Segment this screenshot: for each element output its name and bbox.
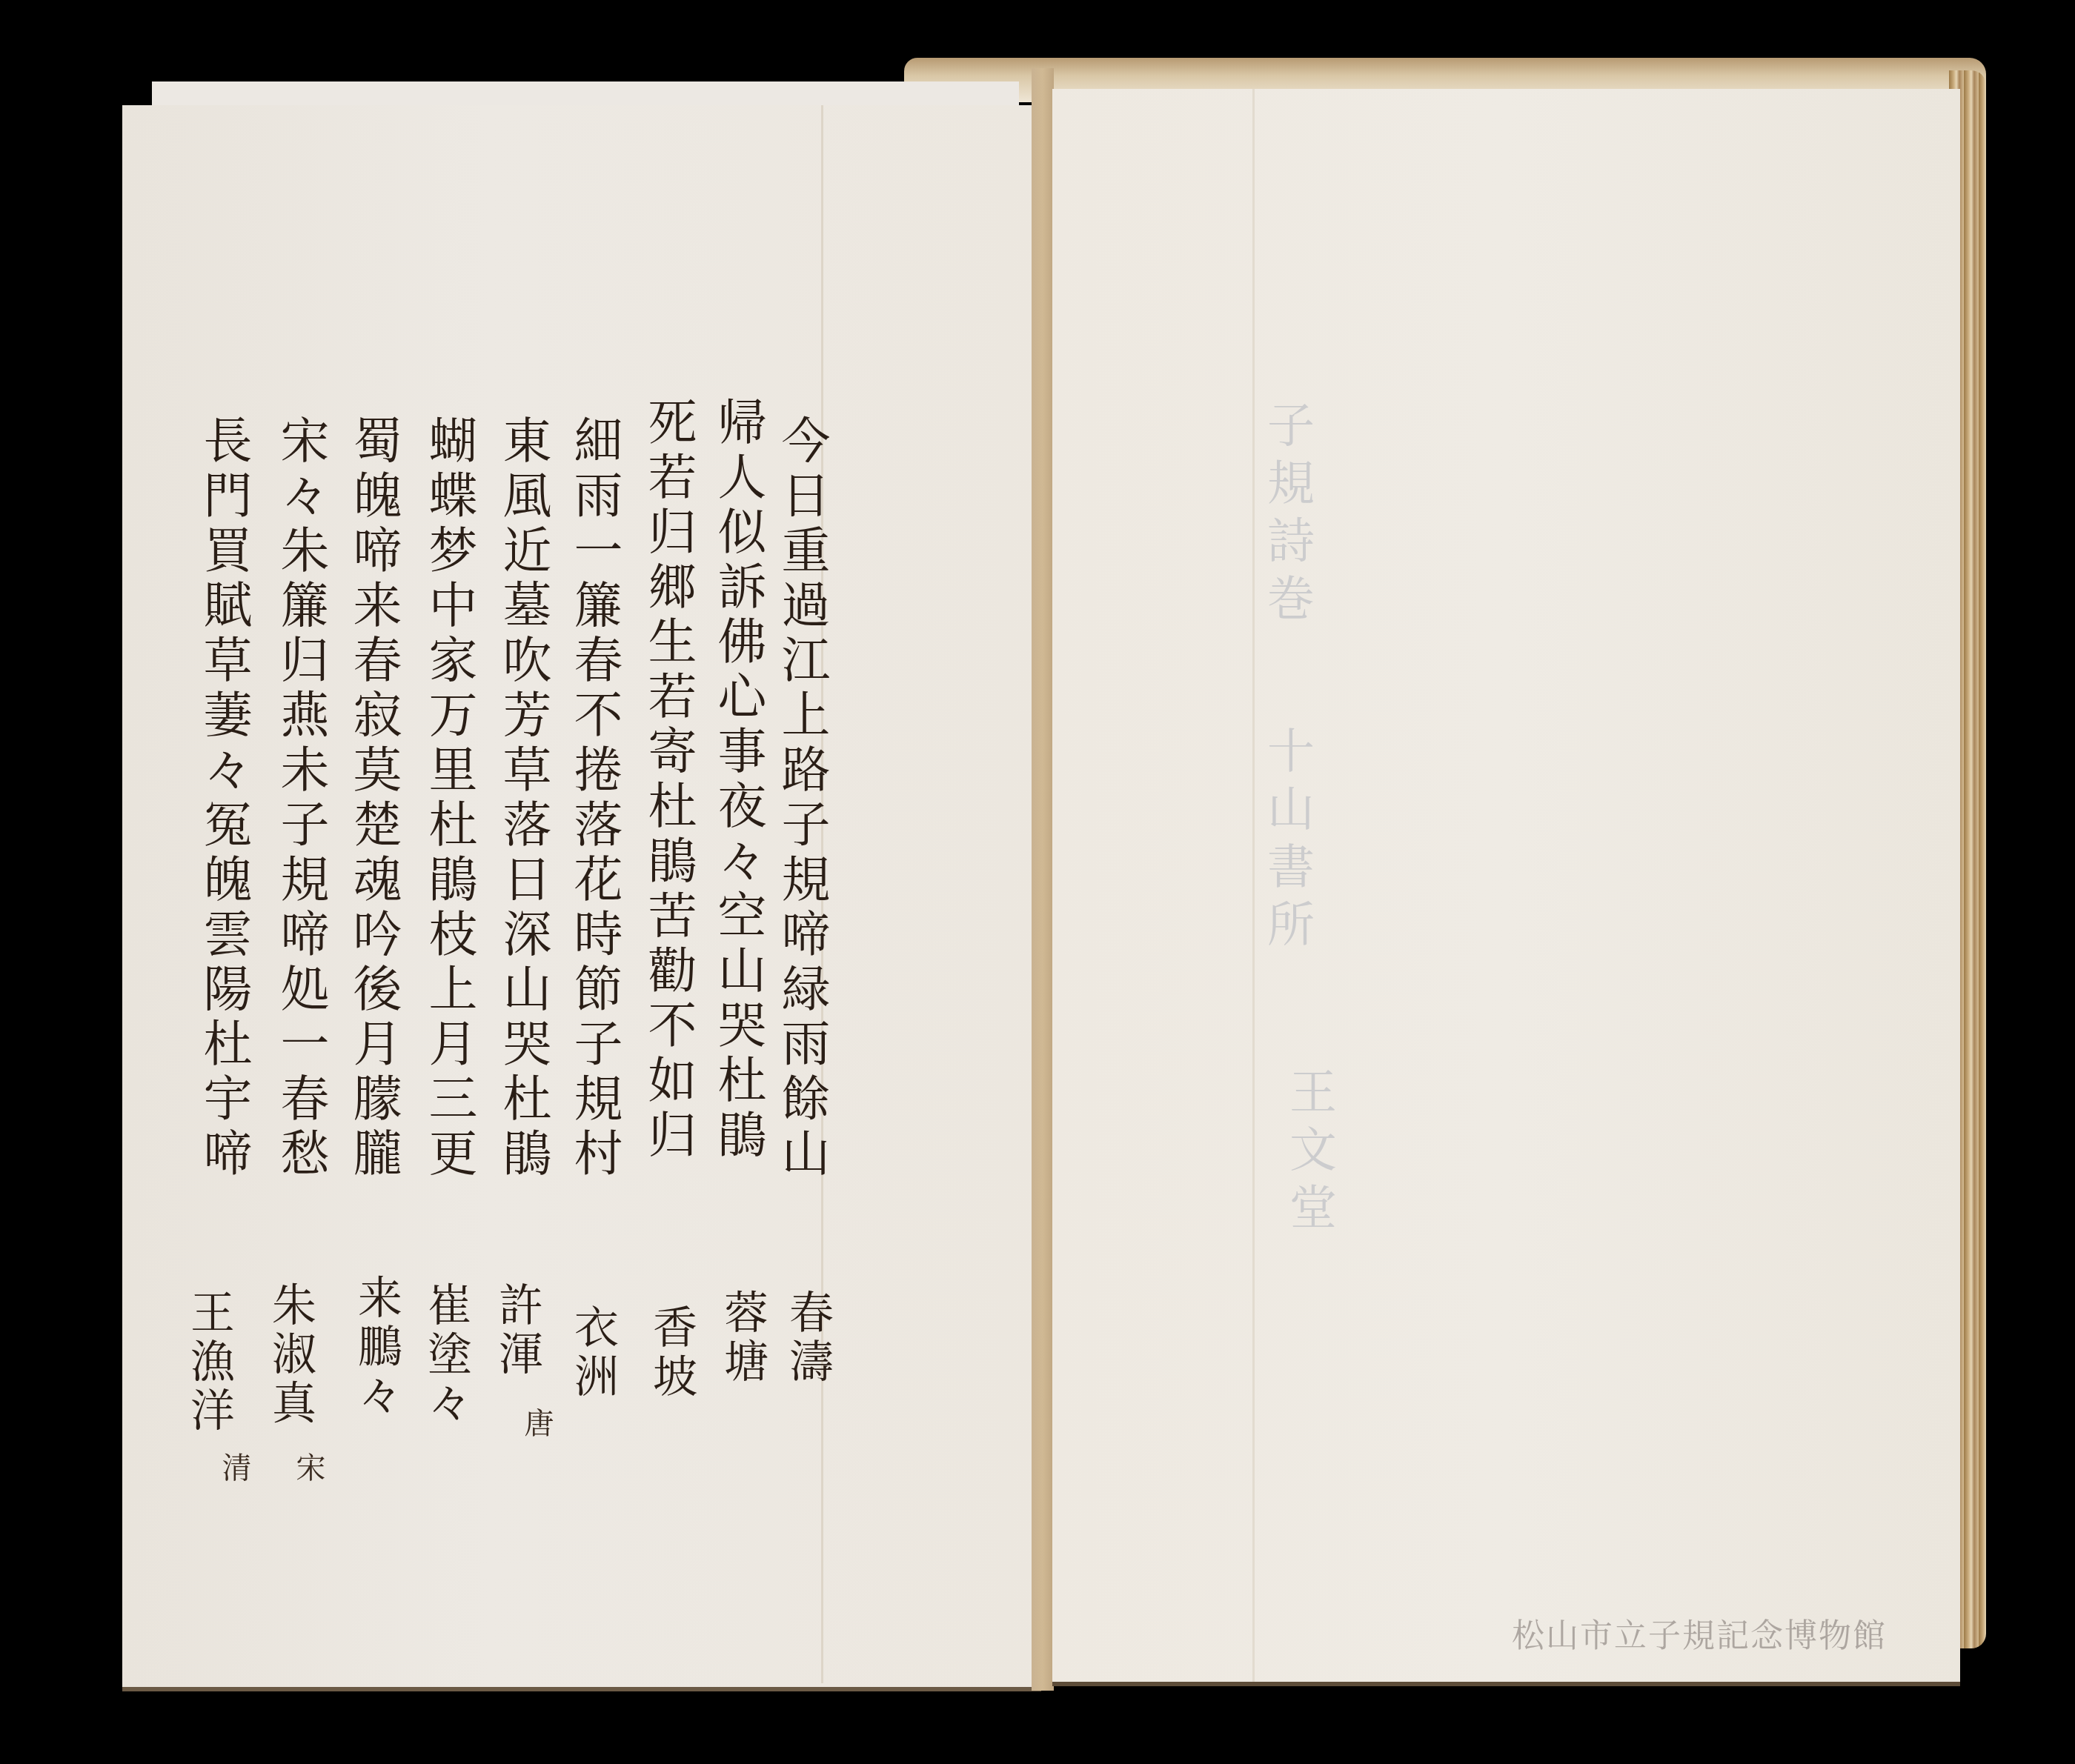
- open-book: 子規詩巻 十山書所 王文堂 今日重過江上路子規啼緑雨餘山 帰人似訴佛心事夜々空山…: [0, 0, 2075, 1764]
- attribution-5-era: 唐: [522, 1408, 551, 1437]
- attribution-7: 来鵬々: [354, 1274, 399, 1421]
- attribution-8-era: 宋: [293, 1452, 323, 1482]
- attribution-4: 衣洲: [571, 1304, 615, 1402]
- poem-line-2: 帰人似訴佛心事夜々空山哭杜鵑: [713, 396, 762, 1164]
- right-page: [1052, 89, 1960, 1686]
- attribution-2: 蓉塘: [720, 1289, 765, 1387]
- poem-line-7: 蜀魄啼来春寂莫楚魂吟後月朦朧: [348, 415, 397, 1182]
- attribution-1: 春濤: [786, 1289, 830, 1387]
- show-through-subtitle: 十山書所: [1252, 726, 1321, 957]
- attribution-3: 香坡: [649, 1304, 694, 1402]
- poem-line-5: 東風近墓吹芳草落日深山哭杜鵑: [498, 415, 547, 1182]
- attribution-8: 朱淑真: [268, 1282, 313, 1428]
- poem-line-3: 死若归郷生若寄杜鵑苦勸不如归: [643, 396, 692, 1164]
- poem-line-1: 今日重過江上路子規啼緑雨餘山: [777, 415, 826, 1182]
- attribution-9-era: 清: [219, 1452, 249, 1482]
- attribution-9: 王漁洋: [187, 1289, 231, 1436]
- poem-line-4: 細雨一簾春不捲落花時節子規村: [569, 415, 618, 1182]
- attribution-5: 許渾: [495, 1282, 539, 1379]
- attribution-6: 崔塗々: [424, 1282, 468, 1428]
- poem-line-8: 宋々朱簾归燕未子規啼処一春愁: [276, 415, 325, 1182]
- show-through-publisher: 王文堂: [1275, 1067, 1343, 1240]
- poem-line-6: 蝴蝶梦中家万里杜鵑枝上月三更: [424, 415, 473, 1182]
- book-gutter: [1032, 68, 1054, 1691]
- show-through-title: 子規詩巻: [1252, 400, 1321, 631]
- poem-line-9: 長門買賦草萋々冤魄雲陽杜宇啼: [199, 415, 248, 1182]
- museum-watermark: 松山市立子規記念博物館: [1512, 1609, 1887, 1657]
